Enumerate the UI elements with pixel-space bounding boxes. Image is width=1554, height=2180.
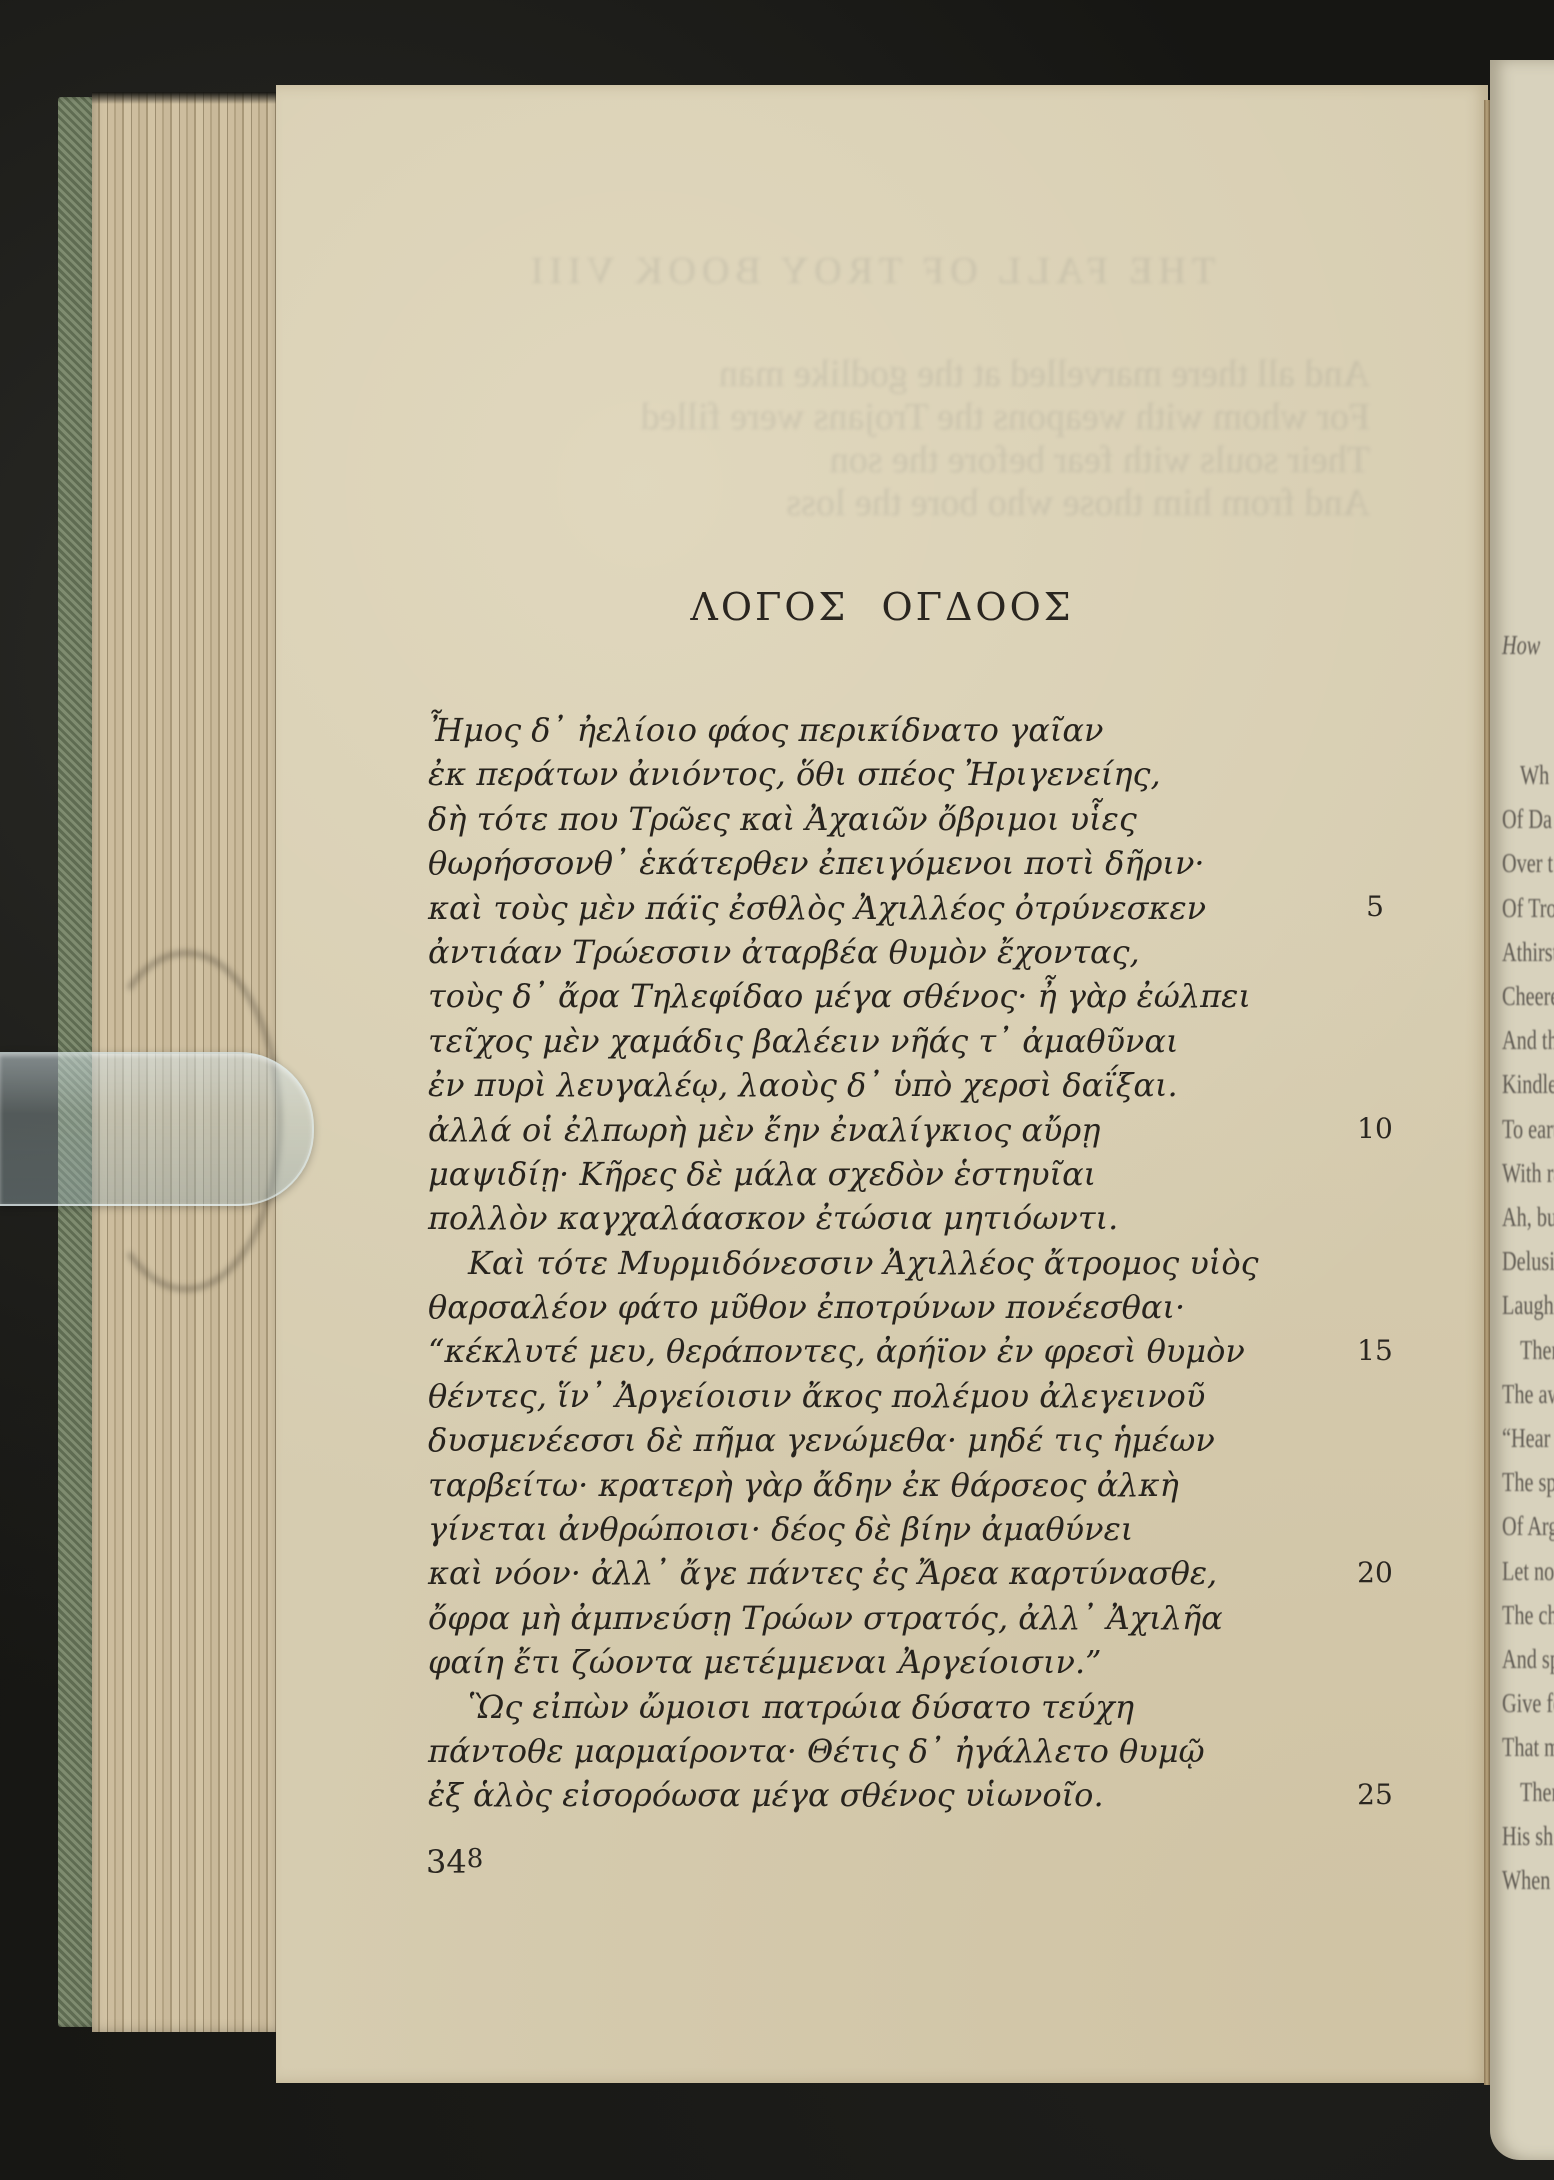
page-holder-clip: [0, 1052, 314, 1206]
verse-line: θαρσαλέον φάτο μῦθον ἐποτρύνων πονέεσθαι…: [428, 1285, 1308, 1329]
verse-line: ἐκ περάτων ἀνιόντος, ὅθι σπέος Ἠριγενείη…: [428, 752, 1308, 796]
show-through-text: THE FALL OF TROY BOOK VIII And all there…: [370, 250, 1370, 525]
facing-page-line: The sp: [1502, 1467, 1554, 1498]
facing-page-line: Let no: [1502, 1556, 1554, 1587]
facing-page-heading: How: [1502, 630, 1540, 661]
verse-line: ὄφρα μὴ ἀμπνεύσῃ Τρώων στρατός, ἀλλ᾿ Ἀχι…: [428, 1596, 1308, 1640]
verse-line: πολλὸν καγχαλάασκον ἐτώσια μητιόωντι.: [428, 1196, 1308, 1240]
verse-line: ἐξ ἁλὸς εἰσορόωσα μέγα σθένος υἱωνοῖο.: [428, 1773, 1308, 1817]
verse-line: Ὣς εἰπὼν ὤμοισι πατρώια δύσατο τεύχη: [428, 1685, 1308, 1729]
page-title: ΛΟΓΟΣ ΟΓΔΟΟΣ: [276, 585, 1488, 629]
page-number: 348: [426, 1843, 483, 1881]
facing-page-line: Laughi: [1502, 1290, 1554, 1321]
show-through-line: Their souls with fear before the son: [370, 439, 1370, 482]
facing-page-line: Of Da: [1502, 804, 1552, 835]
verse-line: Ἦμος δ᾿ ἠελίοιο φάος περικίδνατο γαῖαν: [428, 708, 1308, 752]
facing-page-line: Then: [1520, 1335, 1554, 1366]
facing-page-line: And th: [1502, 1025, 1554, 1056]
line-number: 20: [1345, 1556, 1405, 1589]
facing-page: How WhOf DaOver tOf TroAthirstCheereAnd …: [1490, 60, 1554, 2160]
verse-line: θωρήσσονθ᾿ ἑκάτερθεν ἐπειγόμενοι ποτὶ δῆ…: [428, 841, 1308, 885]
verse-line: δυσμενέεσσι δὲ πῆμα γενώμεθα· μηδέ τις ἡ…: [428, 1418, 1308, 1462]
line-number: 10: [1345, 1112, 1405, 1145]
facing-page-line: Over t: [1502, 848, 1553, 879]
verse-line: “κέκλυτέ μευ, θεράποντες, ἀρήϊον ἐν φρεσ…: [428, 1329, 1308, 1373]
facing-page-line: Cheere: [1502, 981, 1554, 1012]
verse-block: Ἦμος δ᾿ ἠελίοιο φάος περικίδνατο γαῖανἐκ…: [428, 708, 1308, 1818]
verse-line: μαψιδίῃ· Κῆρες δὲ μάλα σχεδὸν ἑστηυῖαι: [428, 1152, 1308, 1196]
facing-page-line: And sp: [1502, 1644, 1554, 1675]
verse-line: θέντες, ἵν᾿ Ἀργείοισιν ἄκος πολέμου ἀλεγ…: [428, 1374, 1308, 1418]
facing-page-line: The aw: [1502, 1379, 1554, 1410]
verse-line: ἀλλά οἱ ἐλπωρὴ μὲν ἔην ἐναλίγκιος αὔρῃ: [428, 1108, 1308, 1152]
facing-page-line: Athirst: [1502, 937, 1554, 968]
show-through-line: For whom with weapons the Trojans were f…: [370, 396, 1370, 439]
facing-page-line: With ra: [1502, 1158, 1554, 1189]
facing-page-line: Ah, bu: [1502, 1202, 1554, 1233]
show-through-line: And all there marvelled at the godlike m…: [370, 353, 1370, 396]
facing-page-line: To eart: [1502, 1114, 1554, 1145]
facing-page-line: His sh: [1502, 1821, 1553, 1852]
facing-page-line: Then: [1520, 1777, 1554, 1808]
facing-page-line: Delusiv: [1502, 1246, 1554, 1277]
show-through-line: And from him those who bore the loss: [370, 482, 1370, 525]
facing-page-line: Kindle: [1502, 1069, 1554, 1100]
verse-line: καὶ τοὺς μὲν πάϊς ἐσθλὸς Ἀχιλλέος ὀτρύνε…: [428, 886, 1308, 930]
facing-page-line: Give fe: [1502, 1688, 1554, 1719]
line-number: 5: [1345, 890, 1405, 923]
line-number: 15: [1345, 1334, 1405, 1367]
verse-line: ταρβείτω· κρατερὴ γὰρ ἄδην ἐκ θάρσεος ἀλ…: [428, 1463, 1308, 1507]
facing-page-line: Wh: [1520, 760, 1549, 791]
facing-page-line: The ch: [1502, 1600, 1554, 1631]
facing-page-line: “Hear: [1502, 1423, 1550, 1454]
verse-line: γίνεται ἀνθρώποισι· δέος δὲ βίην ἀμαθύνε…: [428, 1507, 1308, 1551]
facing-page-line: That m: [1502, 1732, 1554, 1763]
verse-line: φαίη ἔτι ζώοντα μετέμμεναι Ἀργείοισιν.”: [428, 1640, 1308, 1684]
verse-line: πάντοθε μαρμαίροντα· Θέτις δ᾿ ἠγάλλετο θ…: [428, 1729, 1308, 1773]
verse-line: Καὶ τότε Μυρμιδόνεσσιν Ἀχιλλέος ἄτρομος …: [428, 1241, 1308, 1285]
show-through-lines: And all there marvelled at the godlike m…: [370, 353, 1370, 525]
verse-line: τεῖχος μὲν χαμάδις βαλέειν νῆάς τ᾿ ἀμαθῦ…: [428, 1019, 1308, 1063]
line-number: 25: [1345, 1778, 1405, 1811]
verse-line: ἐν πυρὶ λευγαλέῳ, λαοὺς δ᾿ ὑπὸ χερσὶ δαΐ…: [428, 1063, 1308, 1107]
verse-line: καὶ νόον· ἀλλ᾿ ἄγε πάντες ἐς Ἄρεα καρτύν…: [428, 1551, 1308, 1595]
verse-line: τοὺς δ᾿ ἄρα Τηλεφίδαο μέγα σθένος· ἦ γὰρ…: [428, 974, 1308, 1018]
facing-page-line: When f: [1502, 1865, 1554, 1896]
verse-line: ἀντιάαν Τρώεσσιν ἀταρβέα θυμὸν ἔχοντας,: [428, 930, 1308, 974]
facing-page-line: Of Arg: [1502, 1511, 1554, 1542]
facing-page-line: Of Tro: [1502, 893, 1554, 924]
verse-line: δὴ τότε που Τρῶες καὶ Ἀχαιῶν ὄβριμοι υἷε…: [428, 797, 1308, 841]
